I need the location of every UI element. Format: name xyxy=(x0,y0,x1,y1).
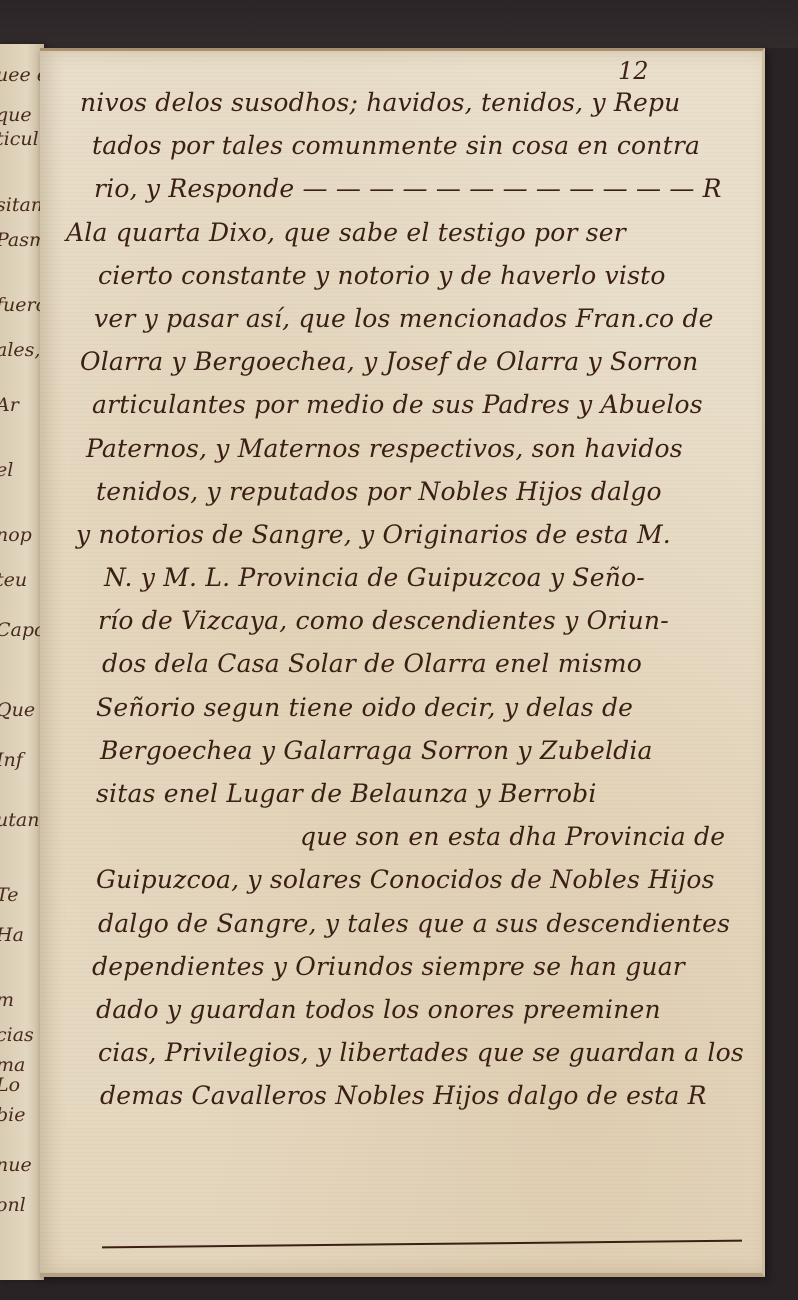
manuscript-text: nivos delos susodhos; havidos, tenidos, … xyxy=(40,81,762,1118)
manuscript-line: demas Cavalleros Nobles Hijos dalgo de e… xyxy=(40,1074,762,1117)
facing-page-fragment: que xyxy=(0,104,32,126)
manuscript-line: Señorio segun tiene oido decir, y delas … xyxy=(40,686,762,729)
facing-page-fragment: Ha xyxy=(0,924,24,946)
manuscript-line: nivos delos susodhos; havidos, tenidos, … xyxy=(40,81,762,124)
facing-page-fragment: Capo xyxy=(0,619,44,641)
manuscript-line: Guipuzcoa, y solares Conocidos de Nobles… xyxy=(40,858,762,901)
facing-page-fragment: Que xyxy=(0,699,35,721)
manuscript-line: dos dela Casa Solar de Olarra enel mismo xyxy=(40,642,762,685)
manuscript-line: tados por tales comunmente sin cosa en c… xyxy=(40,124,762,167)
facing-page-fragment: nop xyxy=(0,524,32,546)
facing-page-fragment: Pasme xyxy=(0,229,44,251)
manuscript-line: Paternos, y Maternos respectivos, son ha… xyxy=(40,427,762,470)
manuscript-line: tenidos, y reputados por Nobles Hijos da… xyxy=(40,470,762,513)
facing-page-fragment: Lo xyxy=(0,1074,20,1096)
facing-page-fragment: ticul xyxy=(0,128,39,150)
manuscript-line: río de Vizcaya, como descendientes y Ori… xyxy=(40,599,762,642)
facing-page-fragment: cias xyxy=(0,1024,34,1046)
facing-page-fragment: ma xyxy=(0,1054,25,1076)
manuscript-line: dependientes y Oriundos siempre se han g… xyxy=(40,945,762,988)
facing-page-fragment: nue xyxy=(0,1154,32,1176)
manuscript-line: cias, Privilegios, y libertades que se g… xyxy=(40,1031,762,1074)
background-top xyxy=(0,0,798,48)
facing-page-fragment: sitan xyxy=(0,194,43,216)
manuscript-line: sitas enel Lugar de Belaunza y Berrobi xyxy=(40,772,762,815)
facing-page-fragment: onl xyxy=(0,1194,26,1216)
facing-page-fragment: el xyxy=(0,459,13,481)
manuscript-line: Ala quarta Dixo, que sabe el testigo por… xyxy=(40,211,762,254)
facing-page-fragment: Te xyxy=(0,884,18,906)
manuscript-line: N. y M. L. Provincia de Guipuzcoa y Seño… xyxy=(40,556,762,599)
facing-page-fragment: m xyxy=(0,989,14,1011)
facing-page-edge: uee e que ticul sitan Pasme fuero ales, … xyxy=(0,44,44,1280)
facing-page-fragment: Inf xyxy=(0,749,23,771)
facing-page-fragment: ales, xyxy=(0,339,40,361)
closing-underline xyxy=(102,1240,742,1249)
manuscript-line: Olarra y Bergoechea, y Josef de Olarra y… xyxy=(40,340,762,383)
manuscript-page: 12 nivos delos susodhos; havidos, tenido… xyxy=(40,48,765,1277)
manuscript-line: Bergoechea y Galarraga Sorron y Zubeldia xyxy=(40,729,762,772)
manuscript-line: ver y pasar así, que los mencionados Fra… xyxy=(40,297,762,340)
manuscript-line: dalgo de Sangre, y tales que a sus desce… xyxy=(40,902,762,945)
manuscript-line: articulantes por medio de sus Padres y A… xyxy=(40,383,762,426)
facing-page-fragment: utan xyxy=(0,809,39,831)
facing-page-fragment: Ar xyxy=(0,394,19,416)
manuscript-line: y notorios de Sangre, y Originarios de e… xyxy=(40,513,762,556)
facing-page-fragment: fuero xyxy=(0,294,44,316)
facing-page-fragment: uee e xyxy=(0,64,44,86)
facing-page-fragment: bie xyxy=(0,1104,25,1126)
manuscript-line: cierto constante y notorio y de haverlo … xyxy=(40,254,762,297)
manuscript-line: dado y guardan todos los onores preemine… xyxy=(40,988,762,1031)
facing-page-fragment: teu xyxy=(0,569,27,591)
manuscript-line: que son en esta dha Provincia de xyxy=(40,815,762,858)
manuscript-line: rio, y Responde — — — — — — — — — — — — … xyxy=(40,167,762,210)
